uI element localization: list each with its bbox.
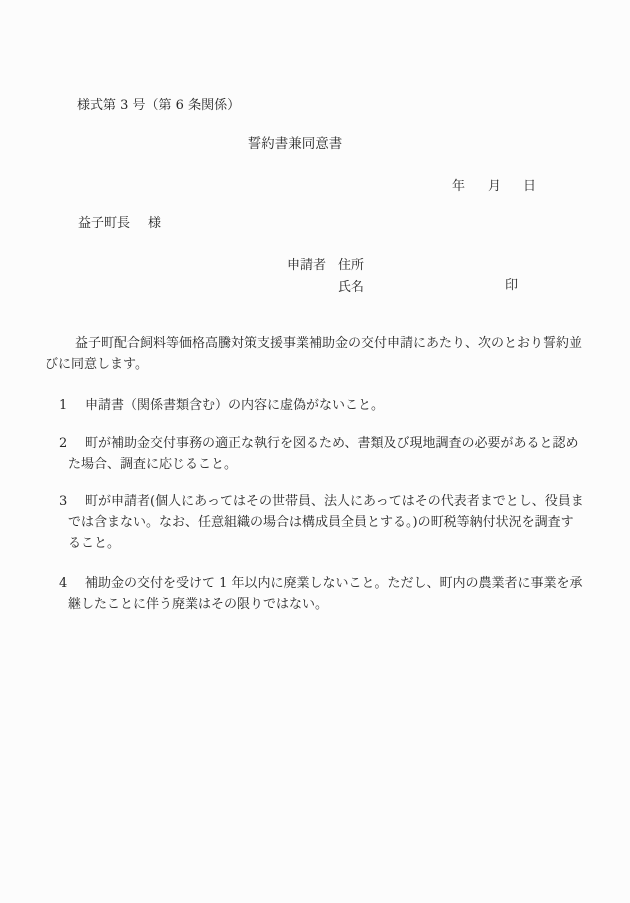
form-number-label: 様式第 3 号（第 6 条関係） (77, 98, 240, 113)
document-page: 様式第 3 号（第 6 条関係） 誓約書兼同意書 年 月 日 益子町長 様 申請… (0, 0, 630, 903)
intro-line: 益子町配合飼料等価格高騰対策支援事業補助金の交付申請にあたり、次のとおり誓約並 (75, 336, 582, 351)
clause-number: 3 (59, 494, 67, 509)
addressee-name: 益子町長 (78, 216, 130, 231)
applicant-label: 申請者 (287, 258, 326, 273)
intro-line: びに同意します。 (45, 357, 148, 372)
clause-number: 1 (59, 398, 67, 413)
applicant-name-label: 氏名 (338, 280, 364, 295)
clause-line: た場合、調査に応じること。 (68, 457, 237, 472)
clause-line: ること。 (68, 536, 120, 551)
date-month-label: 月 (488, 179, 501, 194)
clause-number: 4 (59, 576, 67, 591)
applicant-address-label: 住所 (338, 258, 364, 273)
clause-number: 2 (59, 436, 67, 451)
clause-line: 町が申請者(個人にあってはその世帯員、法人にあってはその代表者までとし、役員ま (85, 494, 584, 509)
document-title: 誓約書兼同意書 (0, 137, 590, 152)
clause-line: 町が補助金交付事務の適正な執行を図るため、書類及び現地調査の必要があると認め (85, 436, 578, 451)
date-year-label: 年 (452, 179, 465, 194)
addressee-honorific: 様 (148, 216, 161, 231)
clause-line: 補助金の交付を受けて 1 年以内に廃業しないこと。ただし、町内の農業者に事業を承 (85, 576, 583, 591)
clause-line: では含まない。なお、任意組織の場合は構成員全員とする。)の町税等納付状況を調査す (68, 515, 574, 530)
clause-line: 申請書（関係書類含む）の内容に虚偽がないこと。 (85, 398, 384, 413)
seal-label: 印 (505, 278, 518, 293)
clause-line: 継したことに伴う廃業はその限りではない。 (68, 597, 328, 612)
date-day-label: 日 (523, 179, 536, 194)
